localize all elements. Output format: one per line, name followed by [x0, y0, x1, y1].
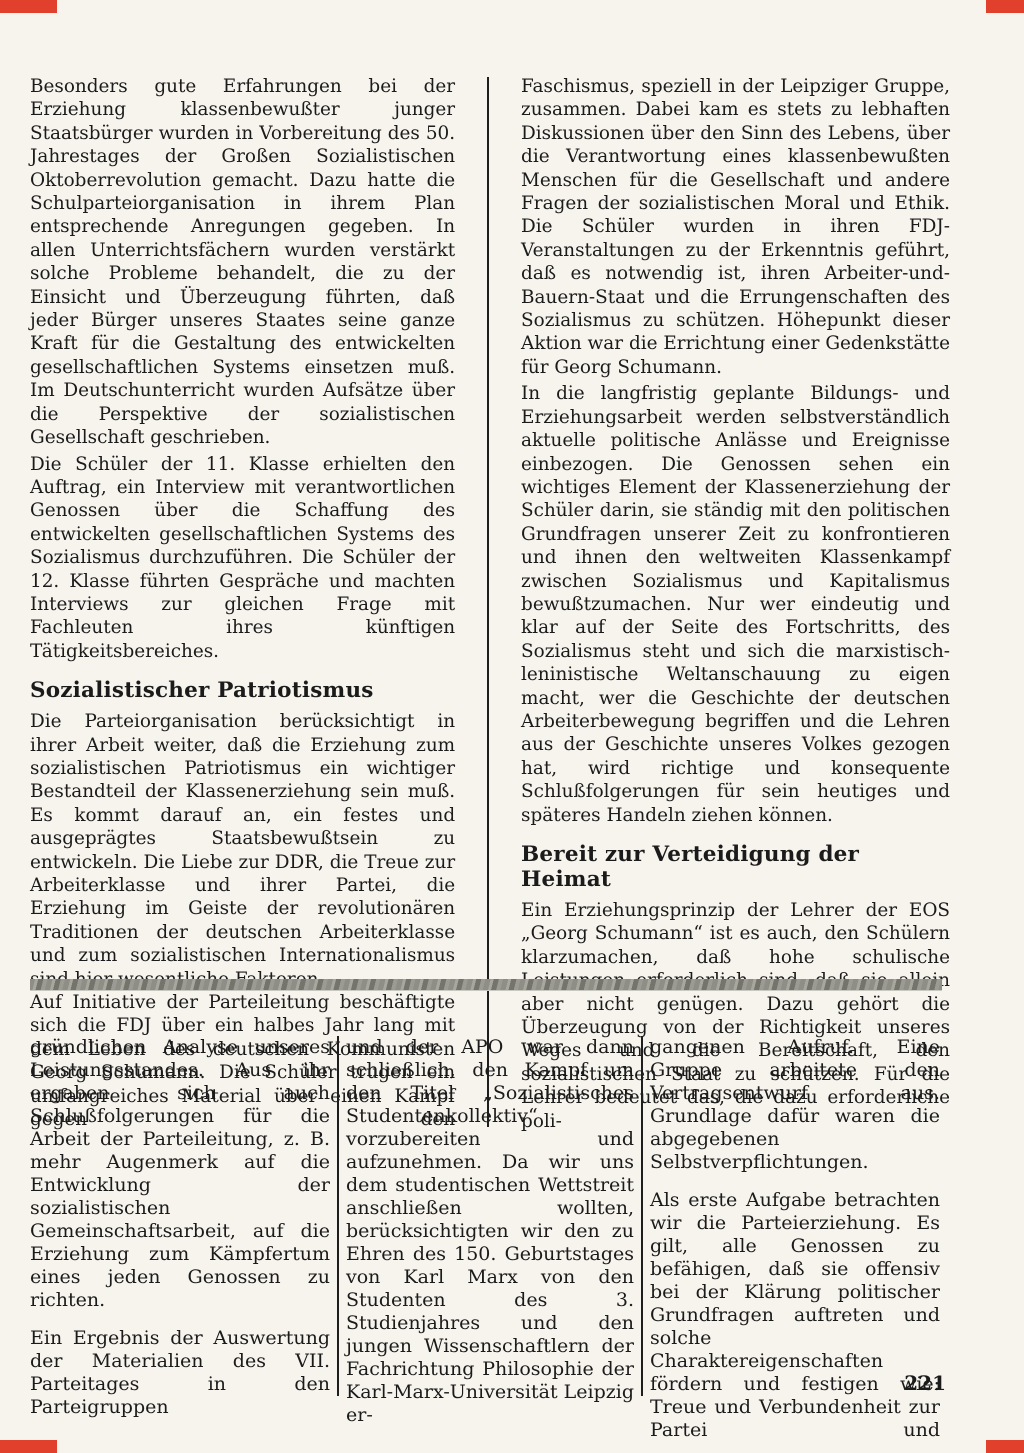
body-paragraph: Faschismus, speziell in der Leipziger Gr… — [521, 75, 950, 379]
body-paragraph: Als erste Aufgabe betrachten wir die Par… — [650, 1189, 940, 1442]
column-divider-rule — [337, 1036, 339, 1396]
red-registration-mark-bottom-right — [986, 1440, 1024, 1453]
upper-left-column: Besonders gute Erfahrungen bei der Erzie… — [30, 75, 455, 1133]
upper-right-column: Faschismus, speziell in der Leipziger Gr… — [521, 75, 950, 1133]
column-divider-rule — [487, 77, 489, 1127]
body-paragraph: Die Schüler der 11. Klasse erhielten den… — [30, 453, 455, 664]
body-paragraph: Die Parteiorganisation berücksichtigt in… — [30, 710, 455, 991]
body-paragraph: und der APO war dann schließlich, den Ka… — [346, 1036, 634, 1427]
lower-column-3: gangenen Aufruf. Eine Gruppe arbeitete d… — [650, 1036, 940, 1396]
column-divider-rule — [641, 1036, 643, 1396]
body-paragraph: Besonders gute Erfahrungen bei der Erzie… — [30, 75, 455, 450]
body-paragraph: In die langfristig geplante Bildungs- un… — [521, 382, 950, 827]
section-heading-sozialistischer-patriotismus: Sozialistischer Patriotismus — [30, 678, 455, 703]
upper-two-column-section: Besonders gute Erfahrungen bei der Erzie… — [30, 75, 950, 1133]
lower-three-column-section: gründlichen Analyse unseres Leistungssta… — [30, 1036, 950, 1396]
red-registration-mark-top-left — [0, 0, 57, 13]
page-number: 221 — [904, 1371, 946, 1395]
red-registration-mark-bottom-left — [0, 1440, 57, 1453]
body-paragraph: gangenen Aufruf. Eine Gruppe arbeitete d… — [650, 1036, 940, 1174]
section-heading-bereit-zur-verteidigung: Bereit zur Verteidigung der Heimat — [521, 842, 950, 892]
body-paragraph: gründlichen Analyse unseres Leistungssta… — [30, 1036, 330, 1312]
magazine-page: Besonders gute Erfahrungen bei der Erzie… — [0, 0, 1024, 1453]
lower-column-2: und der APO war dann schließlich, den Ka… — [346, 1036, 634, 1396]
lower-column-1: gründlichen Analyse unseres Leistungssta… — [30, 1036, 330, 1396]
body-paragraph: Ein Ergebnis der Auswertung der Material… — [30, 1327, 330, 1419]
red-registration-mark-top-right — [986, 0, 1024, 13]
textured-horizontal-divider — [30, 979, 942, 990]
